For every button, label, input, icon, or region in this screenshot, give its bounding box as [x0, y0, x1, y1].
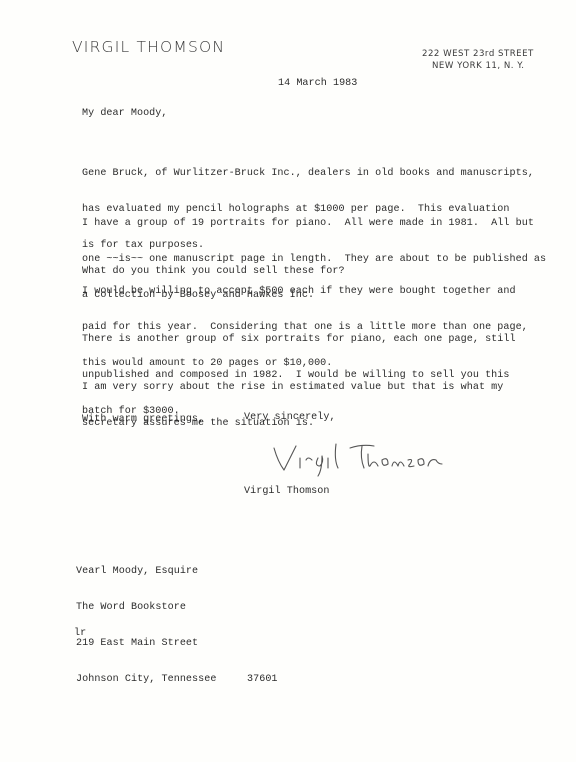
closing: Very sincerely,	[244, 412, 336, 424]
text-line: There is another group of six portraits …	[82, 334, 516, 346]
signature-icon	[270, 440, 450, 480]
text-line: I have a group of 19 portraits for piano…	[82, 218, 546, 230]
text-line: With warm greetings,	[82, 414, 204, 426]
recipient-line-3: 219 East Main Street	[76, 638, 278, 650]
salutation: My dear Moody,	[82, 108, 168, 120]
recipient-line-4: Johnson City, Tennessee 37601	[76, 674, 278, 686]
address-line-1: 222 WEST 23rd STREET	[422, 48, 534, 60]
letterhead-address: 222 WEST 23rd STREET NEW YORK 11, N. Y.	[422, 48, 534, 72]
recipient-address: Vearl Moody, Esquire The Word Bookstore …	[76, 542, 278, 710]
signer-name: Virgil Thomson	[244, 486, 330, 498]
text-line: Gene Bruck, of Wurlitzer-Bruck Inc., dea…	[82, 168, 534, 180]
letter-date: 14 March 1983	[278, 78, 357, 90]
letter-page: VIRGIL THOMSON 222 WEST 23rd STREET NEW …	[0, 0, 576, 762]
address-line-2: NEW YORK 11, N. Y.	[422, 60, 534, 72]
recipient-line-2: The Word Bookstore	[76, 602, 278, 614]
paragraph-7: With warm greetings,	[82, 390, 204, 450]
typist-initials: lr	[74, 628, 86, 640]
text-line: I would be willing to accept $500 each i…	[82, 286, 528, 298]
recipient-line-1: Vearl Moody, Esquire	[76, 566, 278, 578]
letterhead-name: VIRGIL THOMSON	[72, 38, 225, 56]
